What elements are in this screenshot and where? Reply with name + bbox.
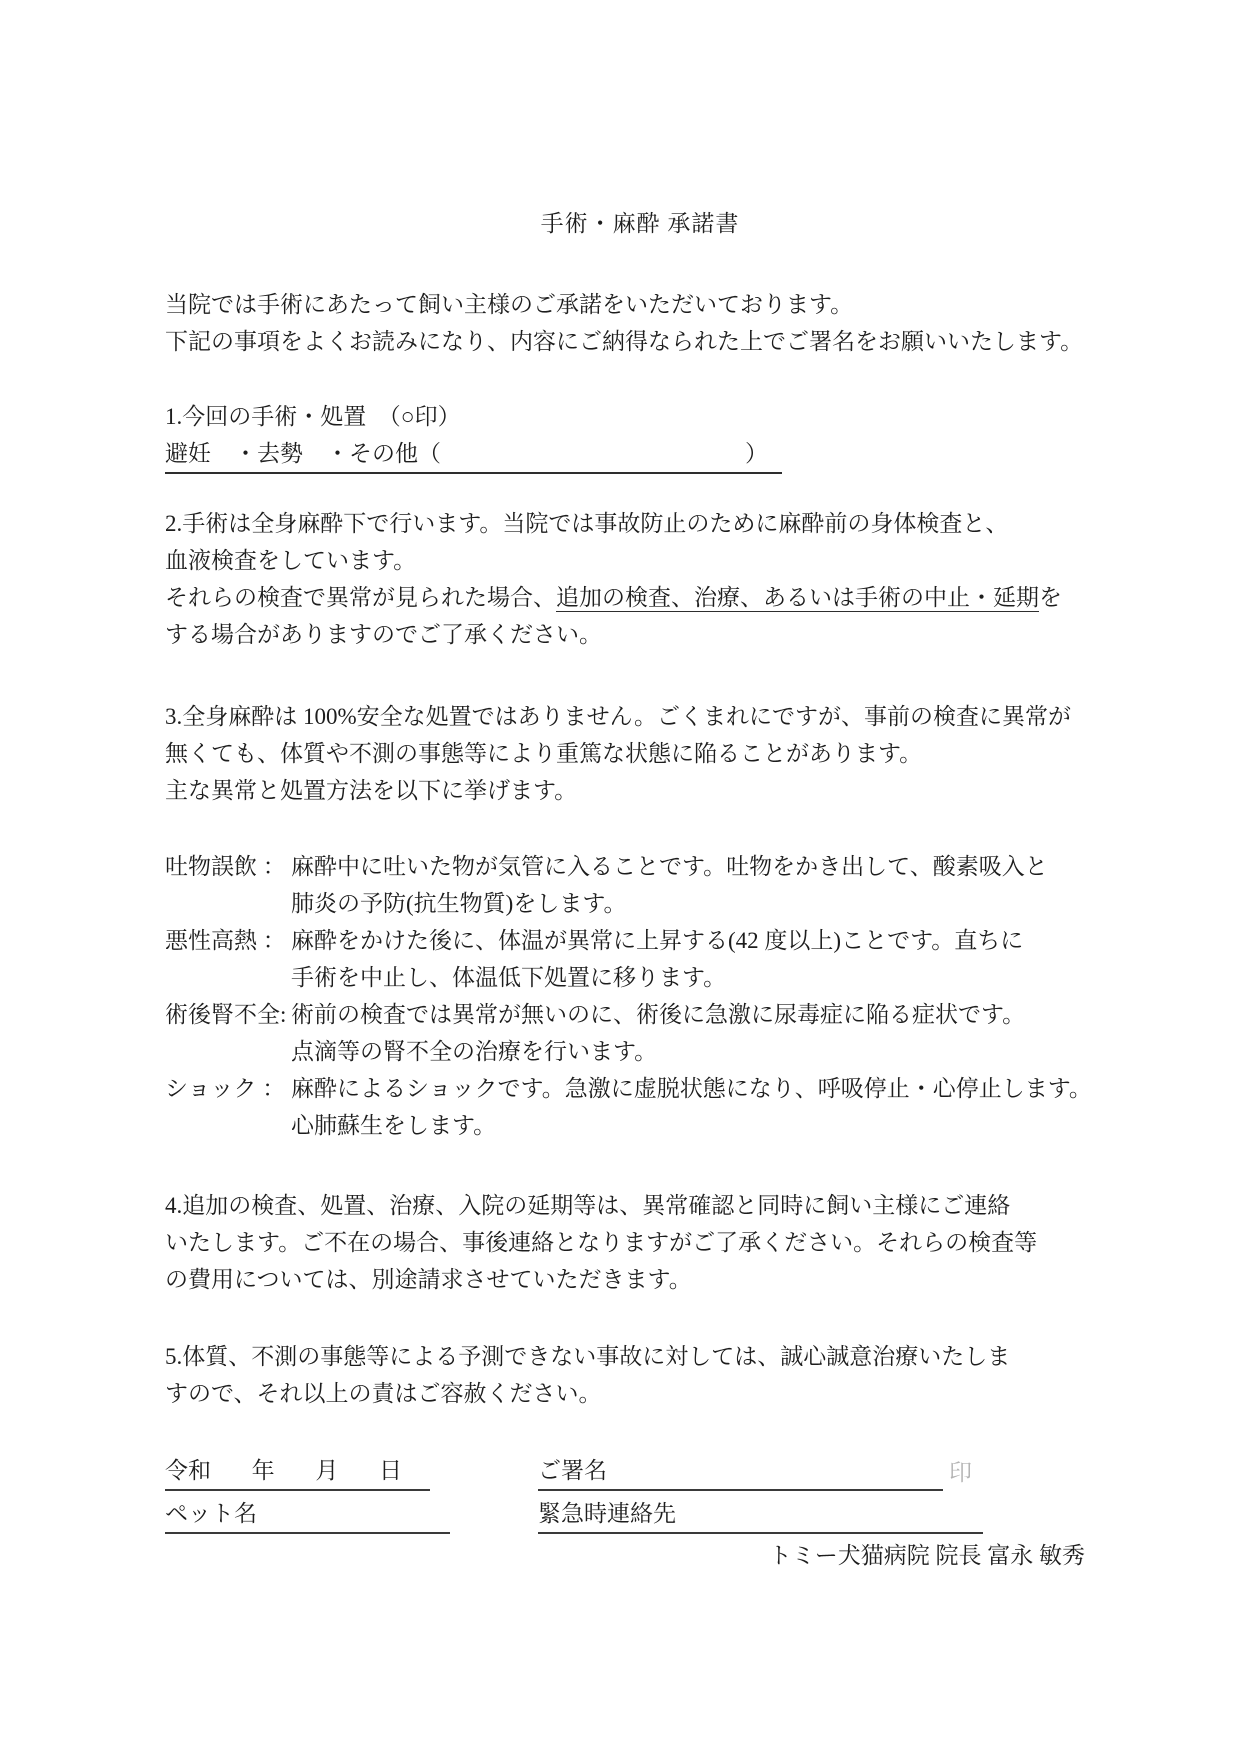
section-4-additional-costs: 4.追加の検査、処置、治療、入院の延期等は、異常確認と同時に飼い主様にご連絡 い… bbox=[165, 1187, 1115, 1298]
document-content: 手術・麻酔 承諾書 当院では手術にあたって飼い主様のご承諾をいただいております。… bbox=[165, 0, 1115, 1574]
complication-desc: 麻酔をかけた後に、体温が異常に上昇する(42 度以上)ことです。直ちに bbox=[291, 922, 1115, 959]
section-5-liability: 5.体質、不測の事態等による予測できない事故に対しては、誠心誠意治療いたしま す… bbox=[165, 1338, 1115, 1412]
section-1-heading: 1.今回の手術・処置 （○印） bbox=[165, 398, 1115, 435]
section-2-line: それらの検査で異常が見られた場合、追加の検査、治療、あるいは手術の中止・延期を bbox=[165, 579, 1115, 616]
section-5-line: すので、それ以上の責はご容赦ください。 bbox=[165, 1375, 1115, 1412]
section-3-line: 主な異常と処置方法を以下に挙げます。 bbox=[165, 772, 1115, 809]
complication-item-vomit-aspiration: 吐物誤飲 ： 麻酔中に吐いた物が気管に入ることです。吐物をかき出して、酸素吸入と… bbox=[165, 848, 1115, 922]
signature-fill-in-line: ご署名 bbox=[538, 1452, 943, 1491]
underlined-phrase: 追加の検査、治療、あるいは手術の中止・延期 bbox=[556, 585, 1039, 612]
intro-line: 当院では手術にあたって飼い主様のご承諾をいただいております。 bbox=[165, 286, 1115, 323]
complication-desc: 心肺蘇生をします。 bbox=[291, 1107, 1115, 1144]
section-4-line: 4.追加の検査、処置、治療、入院の延期等は、異常確認と同時に飼い主様にご連絡 bbox=[165, 1187, 1115, 1224]
complication-item-shock: ショック ： 麻酔によるショックです。急激に虚脱状態になり、呼吸停止・心停止しま… bbox=[165, 1070, 1115, 1144]
intro-paragraph: 当院では手術にあたって飼い主様のご承諾をいただいております。 下記の事項をよくお… bbox=[165, 286, 1115, 360]
section-2-anesthesia-exams: 2.手術は全身麻酔下で行います。当院では事故防止のために麻酔前の身体検査と、 血… bbox=[165, 505, 1115, 653]
section-1-surgery-type: 1.今回の手術・処置 （○印） 避妊 ・去勢 ・その他（ ） bbox=[165, 398, 1115, 474]
section-3-anesthesia-risk: 3.全身麻酔は 100%安全な処置ではありません。ごくまれにですが、事前の検査に… bbox=[165, 698, 1115, 809]
year-label: 年 bbox=[252, 1452, 275, 1489]
complication-term: ショック ： bbox=[165, 1070, 285, 1107]
page-title: 手術・麻酔 承諾書 bbox=[165, 205, 1115, 242]
section-2-line: する場合がありますのでご了承ください。 bbox=[165, 616, 1115, 653]
complication-item-postop-renal-failure: 術後腎不全: 術前の検査では異常が無いのに、術後に急激に尿毒症に陥る症状です。 … bbox=[165, 996, 1115, 1070]
surgery-options-label: 避妊 ・去勢 ・その他（ bbox=[165, 435, 441, 472]
complication-term: 悪性高熱 ： bbox=[165, 922, 286, 959]
complication-desc: 点滴等の腎不全の治療を行います。 bbox=[291, 1033, 1115, 1070]
section-3-line: 無くても、体質や不測の事態等により重篤な状態に陥ることがあります。 bbox=[165, 735, 1115, 772]
emergency-contact-fill-in-line: 緊急時連絡先 bbox=[538, 1495, 983, 1534]
surgery-options-blank-line: 避妊 ・去勢 ・その他（ ） bbox=[165, 435, 782, 474]
pet-name-fill-in-line: ペット名 bbox=[165, 1495, 450, 1534]
section-2-line-prefix: それらの検査で異常が見られた場合、 bbox=[165, 585, 556, 610]
section-2-line: 2.手術は全身麻酔下で行います。当院では事故防止のために麻酔前の身体検査と、 bbox=[165, 505, 1115, 542]
complication-list: 吐物誤飲 ： 麻酔中に吐いた物が気管に入ることです。吐物をかき出して、酸素吸入と… bbox=[165, 848, 1115, 1144]
complication-desc: 麻酔中に吐いた物が気管に入ることです。吐物をかき出して、酸素吸入と bbox=[291, 848, 1115, 885]
consent-form-page: 手術・麻酔 承諾書 当院では手術にあたって飼い主様のご承諾をいただいております。… bbox=[0, 0, 1241, 1755]
signature-row-pet-emergency: ペット名 緊急時連絡先 bbox=[165, 1495, 1115, 1534]
clinic-director-name: トミー犬猫病院 院長 富永 敏秀 bbox=[165, 1537, 1115, 1574]
complication-desc: 術前の検査では異常が無いのに、術後に急激に尿毒症に陥る症状です。 bbox=[291, 996, 1115, 1033]
month-label: 月 bbox=[315, 1452, 338, 1489]
complication-term: 吐物誤飲 ： bbox=[165, 848, 286, 885]
complication-term: 術後腎不全: bbox=[165, 996, 286, 1033]
section-4-line: の費用については、別途請求させていただきます。 bbox=[165, 1261, 1115, 1298]
seal-mark: 印 bbox=[949, 1454, 972, 1491]
complication-desc: 手術を中止し、体温低下処置に移ります。 bbox=[291, 959, 1115, 996]
section-2-line: 血液検査をしています。 bbox=[165, 542, 1115, 579]
date-fill-in-line: 令和 年 月 日 bbox=[165, 1452, 430, 1491]
signature-row-date-sign: 令和 年 月 日 ご署名 印 bbox=[165, 1452, 1115, 1491]
signature-block: 令和 年 月 日 ご署名 印 ペット名 緊急時連絡先 トミー犬猫病院 院長 富永… bbox=[165, 1452, 1115, 1574]
complication-desc: 麻酔によるショックです。急激に虚脱状態になり、呼吸停止・心停止します。 bbox=[291, 1070, 1115, 1107]
era-label: 令和 bbox=[165, 1452, 211, 1489]
section-3-line: 3.全身麻酔は 100%安全な処置ではありません。ごくまれにですが、事前の検査に… bbox=[165, 698, 1115, 735]
intro-line: 下記の事項をよくお読みになり、内容にご納得なられた上でご署名をお願いいたします。 bbox=[165, 323, 1115, 360]
section-2-line-suffix: を bbox=[1039, 585, 1062, 610]
complication-item-malignant-hyperthermia: 悪性高熱 ： 麻酔をかけた後に、体温が異常に上昇する(42 度以上)ことです。直… bbox=[165, 922, 1115, 996]
day-label: 日 bbox=[379, 1452, 402, 1489]
section-4-line: いたします。ご不在の場合、事後連絡となりますがご了承ください。それらの検査等 bbox=[165, 1224, 1115, 1261]
complication-desc: 肺炎の予防(抗生物質)をします。 bbox=[291, 885, 1115, 922]
surgery-options-close-paren: ） bbox=[745, 435, 768, 472]
section-5-line: 5.体質、不測の事態等による予測できない事故に対しては、誠心誠意治療いたしま bbox=[165, 1338, 1115, 1375]
